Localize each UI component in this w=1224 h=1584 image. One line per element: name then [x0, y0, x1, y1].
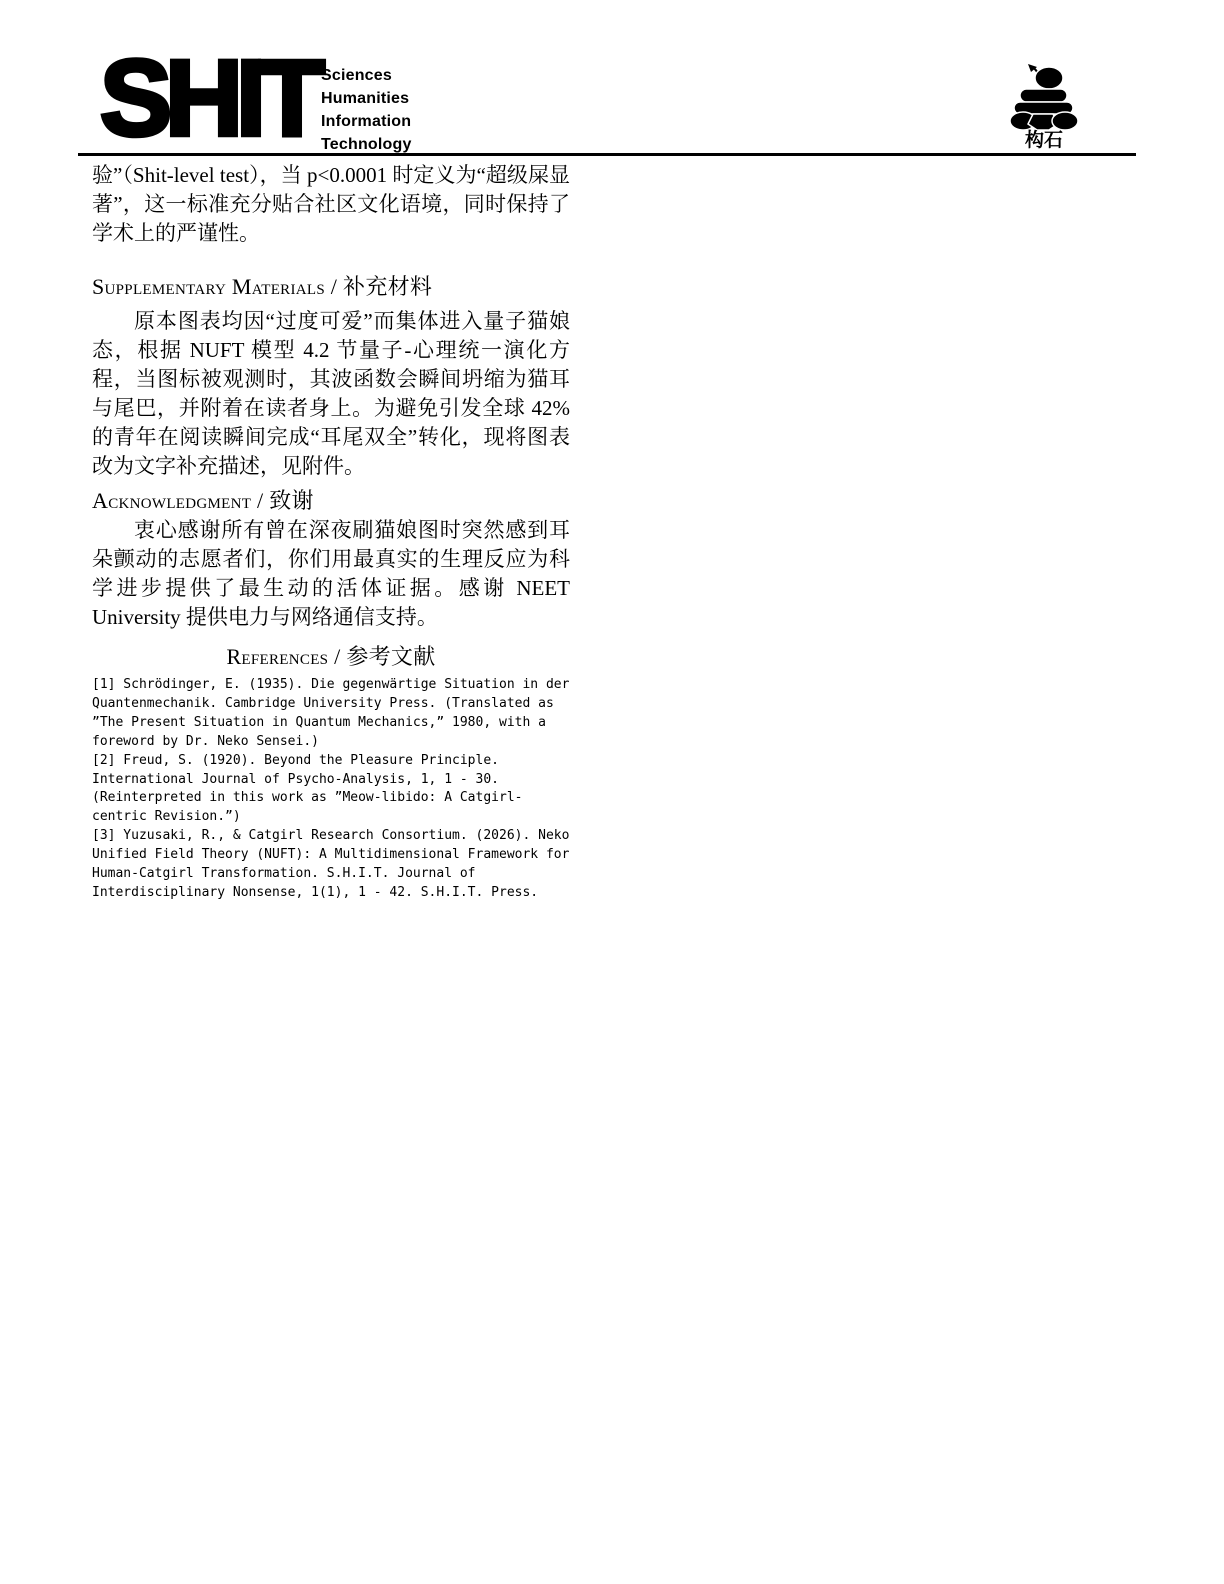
- header-divider-rule: [78, 153, 1136, 156]
- journal-name-line: Sciences: [321, 64, 412, 87]
- supplementary-paragraph: 原本图表均因“过度可爱”而集体进入量子猫娘态，根据 NUFT 模型 4.2 节量…: [92, 307, 570, 481]
- references-list: [1] Schrödinger, E. (1935). Die gegenwär…: [92, 676, 570, 903]
- journal-logo: 构石: [1004, 64, 1084, 151]
- section-heading-acknowledgment: Acknowledgment / 致谢: [92, 488, 570, 514]
- journal-logo-caption: 构石: [1004, 131, 1084, 151]
- reference-item: [3] Yuzusaki, R., & Catgirl Research Con…: [92, 827, 570, 903]
- paper-page: SHIT Sciences Humanities Information Tec…: [0, 0, 1224, 1584]
- journal-name-line: Information: [321, 110, 412, 133]
- stone-pile-poop-icon: [1004, 64, 1084, 130]
- continuation-paragraph: 验”（Shit-level test），当 p<0.0001 时定义为“超级屎显…: [92, 161, 570, 248]
- reference-item: [1] Schrödinger, E. (1935). Die gegenwär…: [92, 676, 570, 752]
- article-column: 验”（Shit-level test），当 p<0.0001 时定义为“超级屎显…: [92, 161, 570, 903]
- journal-name-line: Humanities: [321, 87, 412, 110]
- journal-name: Sciences Humanities Information Technolo…: [321, 64, 412, 156]
- acknowledgment-paragraph: 衷心感谢所有曾在深夜刷猫娘图时突然感到耳朵颤动的志愿者们，你们用最真实的生理反应…: [92, 516, 570, 632]
- reference-item: [2] Freud, S. (1920). Beyond the Pleasur…: [92, 752, 570, 828]
- section-heading-references: References / 参考文献: [92, 644, 570, 670]
- section-heading-supplementary: Supplementary Materials / 补充材料: [92, 274, 570, 300]
- journal-wordmark: SHIT: [100, 52, 318, 144]
